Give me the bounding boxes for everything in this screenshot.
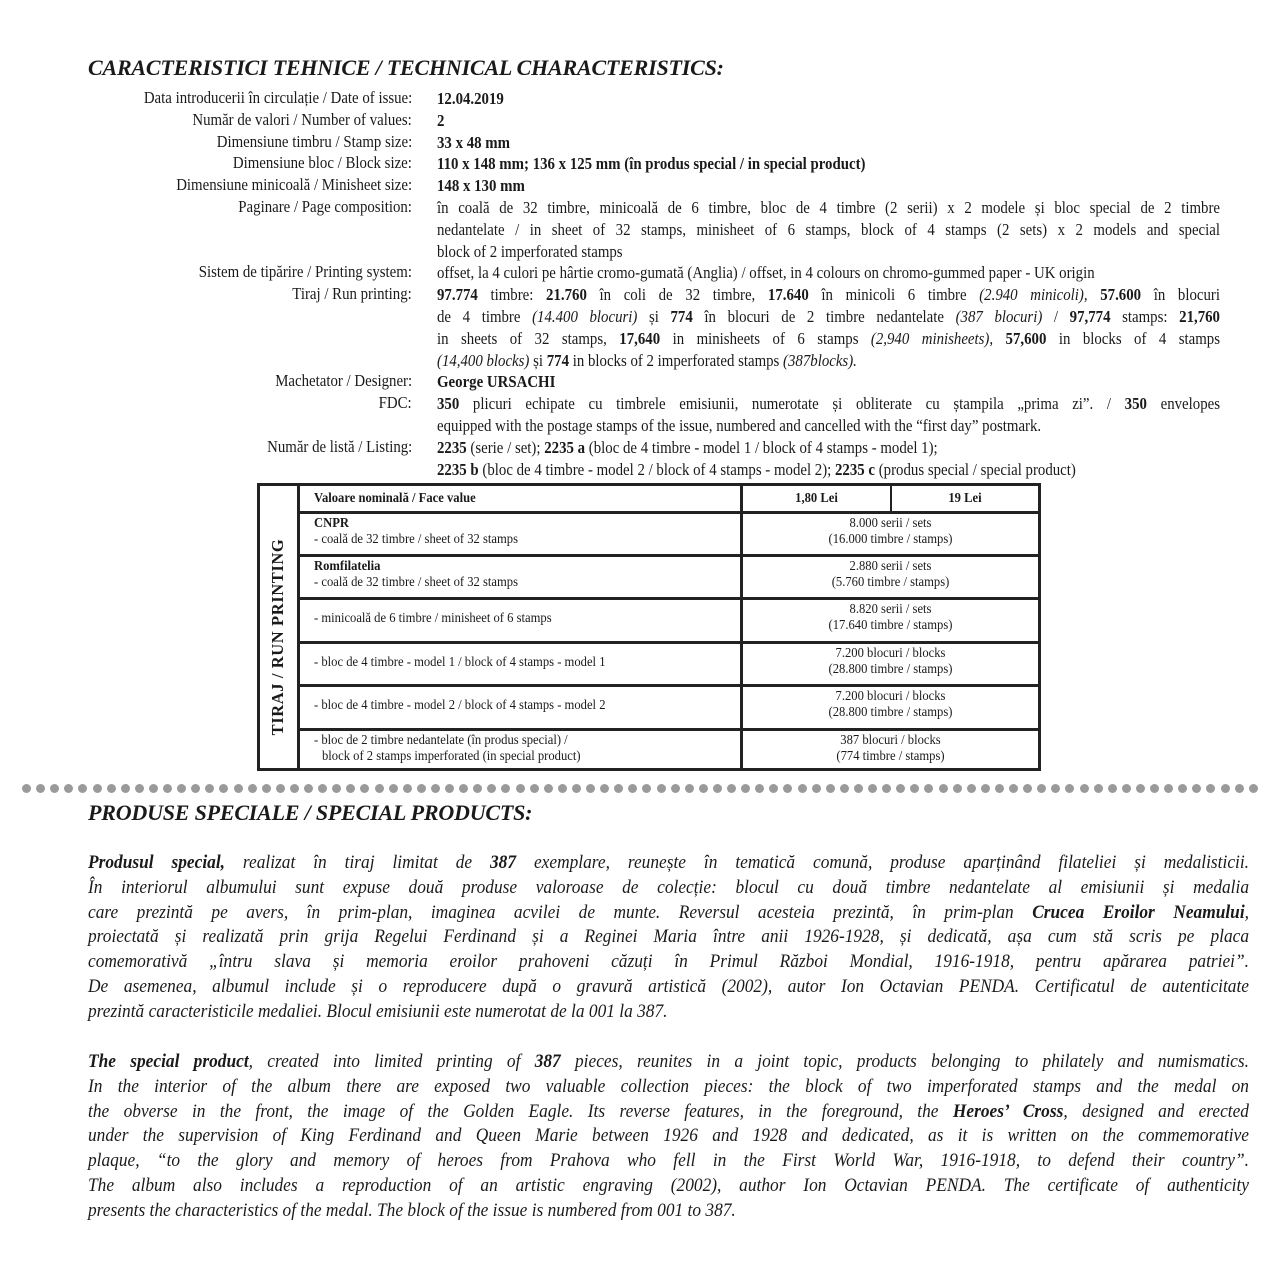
tc-value: 2 bbox=[437, 110, 444, 132]
row-desc: - bloc de 4 timbre - model 2 / block of … bbox=[314, 698, 606, 715]
row-stamps: (5.760 timbre / stamps) bbox=[758, 575, 1024, 592]
separator-dot bbox=[727, 784, 736, 793]
separator-dot bbox=[558, 784, 567, 793]
separator-dot bbox=[741, 784, 750, 793]
separator-dot bbox=[93, 784, 102, 793]
row-desc: - bloc de 4 timbre - model 1 / block of … bbox=[314, 655, 606, 672]
run-printing-side-label: TIRAJ / RUN PRINTING bbox=[268, 517, 288, 757]
separator-dot bbox=[1150, 784, 1159, 793]
separator-dot bbox=[783, 784, 792, 793]
table-rule bbox=[740, 486, 743, 768]
tc-label: Dimensiune minicoală / Minisheet size: bbox=[176, 175, 412, 195]
tc-label: Machetator / Designer: bbox=[275, 371, 412, 391]
separator-dot bbox=[50, 784, 59, 793]
separator-dot bbox=[205, 784, 214, 793]
separator-dot bbox=[107, 784, 116, 793]
separator-dot bbox=[812, 784, 821, 793]
row-desc: - coală de 32 timbre / sheet of 32 stamp… bbox=[314, 532, 518, 549]
paragraph-line: De asemenea, albumul include și o reprod… bbox=[88, 975, 1249, 1000]
face-value-1-80-lei: 1,80 Lei bbox=[750, 491, 882, 508]
table-rule bbox=[297, 486, 300, 768]
row-stamps: (16.000 timbre / stamps) bbox=[758, 532, 1024, 549]
separator-dot bbox=[798, 784, 807, 793]
table-rule bbox=[297, 597, 1038, 600]
row-stamps: (774 timbre / stamps) bbox=[758, 749, 1024, 766]
tc-value: 2235 (serie / set); 2235 a (bloc de 4 ti… bbox=[437, 437, 1220, 481]
table-rule bbox=[297, 511, 1038, 514]
row-stamps: (17.640 timbre / stamps) bbox=[758, 618, 1024, 635]
separator-dot bbox=[614, 784, 623, 793]
separator-dot bbox=[1037, 784, 1046, 793]
tc-label: Dimensiune bloc / Block size: bbox=[233, 153, 412, 173]
face-value-header: Valoare nominală / Face value bbox=[314, 491, 476, 508]
separator-dot bbox=[671, 784, 680, 793]
tc-label: Paginare / Page composition: bbox=[238, 197, 412, 217]
row-desc: - minicoală de 6 timbre / minisheet of 6… bbox=[314, 611, 552, 628]
table-rule bbox=[890, 486, 892, 512]
separator-dot bbox=[572, 784, 581, 793]
table-rule bbox=[297, 641, 1038, 644]
separator-dot bbox=[826, 784, 835, 793]
separator-dot bbox=[1094, 784, 1103, 793]
separator-dot bbox=[318, 784, 327, 793]
row-desc-2: block of 2 stamps imperforated (in speci… bbox=[322, 749, 581, 766]
separator-dot bbox=[346, 784, 355, 793]
tc-value: 33 x 48 mm bbox=[437, 132, 510, 154]
separator-dot bbox=[854, 784, 863, 793]
separator-dot bbox=[262, 784, 271, 793]
separator-dot bbox=[628, 784, 637, 793]
row-title: CNPR bbox=[314, 516, 349, 533]
paragraph-line: plaque, “to the glory and memory of hero… bbox=[88, 1149, 1249, 1174]
separator-dot bbox=[1221, 784, 1230, 793]
separator-dot bbox=[530, 784, 539, 793]
table-rule bbox=[297, 728, 1038, 731]
tc-label: Dimensiune timbru / Stamp size: bbox=[216, 132, 412, 152]
face-value-19-lei: 19 Lei bbox=[899, 491, 1030, 508]
tc-value: în coală de 32 timbre, minicoală de 6 ti… bbox=[437, 197, 1220, 262]
separator-dot bbox=[699, 784, 708, 793]
separator-dot bbox=[896, 784, 905, 793]
separator-dot bbox=[501, 784, 510, 793]
separator-dot bbox=[685, 784, 694, 793]
separator-dot bbox=[234, 784, 243, 793]
separator-dot bbox=[882, 784, 891, 793]
separator-dot bbox=[1178, 784, 1187, 793]
separator-dot bbox=[36, 784, 45, 793]
paragraph-line: comemorativă „întru slava și memoria ero… bbox=[88, 950, 1249, 975]
separator-dot bbox=[487, 784, 496, 793]
row-quantity: 2.880 serii / sets bbox=[758, 559, 1024, 576]
special-product-paragraph-ro: Produsul special, realizat în tiraj limi… bbox=[88, 851, 1249, 1025]
separator-dot bbox=[191, 784, 200, 793]
row-quantity: 7.200 blocuri / blocks bbox=[758, 646, 1024, 663]
tc-label: Număr de listă / Listing: bbox=[267, 437, 412, 457]
row-title: Romfilatelia bbox=[314, 559, 380, 576]
paragraph-line: The special product, created into limite… bbox=[88, 1050, 1249, 1075]
separator-dot bbox=[1051, 784, 1060, 793]
separator-dot bbox=[544, 784, 553, 793]
paragraph-line: prezintă caracteristicile medaliei. Bloc… bbox=[88, 1000, 1249, 1025]
separator-dot bbox=[1065, 784, 1074, 793]
tc-value: 12.04.2019 bbox=[437, 88, 504, 110]
separator-dot bbox=[417, 784, 426, 793]
paragraph-line: In the interior of the album there are e… bbox=[88, 1075, 1249, 1100]
separator-dot bbox=[713, 784, 722, 793]
row-quantity: 7.200 blocuri / blocks bbox=[758, 689, 1024, 706]
separator-dot bbox=[149, 784, 158, 793]
tc-value: 97.774 timbre: 21.760 în coli de 32 timb… bbox=[437, 284, 1220, 371]
separator-dot bbox=[924, 784, 933, 793]
separator-dot bbox=[445, 784, 454, 793]
separator-dot bbox=[1023, 784, 1032, 793]
separator-dot bbox=[1192, 784, 1201, 793]
tc-label: Tiraj / Run printing: bbox=[292, 284, 412, 304]
separator-dot bbox=[1009, 784, 1018, 793]
separator-dot bbox=[121, 784, 130, 793]
separator-dot bbox=[276, 784, 285, 793]
separator-dot bbox=[290, 784, 299, 793]
separator-dot bbox=[1164, 784, 1173, 793]
separator-dot bbox=[64, 784, 73, 793]
separator-dot bbox=[516, 784, 525, 793]
separator-dot bbox=[360, 784, 369, 793]
separator-dot bbox=[304, 784, 313, 793]
separator-dot bbox=[163, 784, 172, 793]
tc-label: Număr de valori / Number of values: bbox=[193, 110, 412, 130]
separator-dot bbox=[22, 784, 31, 793]
tc-label: FDC: bbox=[379, 393, 412, 413]
paragraph-line: Produsul special, realizat în tiraj limi… bbox=[88, 851, 1249, 876]
row-desc: - bloc de 2 timbre nedantelate (în produ… bbox=[314, 733, 568, 750]
separator-dot bbox=[967, 784, 976, 793]
row-stamps: (28.800 timbre / stamps) bbox=[758, 705, 1024, 722]
paragraph-line: proiectată și realizată prin grija Regel… bbox=[88, 925, 1249, 950]
separator-dot bbox=[135, 784, 144, 793]
separator-dot bbox=[995, 784, 1004, 793]
special-product-paragraph-en: The special product, created into limite… bbox=[88, 1050, 1249, 1224]
separator-dot bbox=[1206, 784, 1215, 793]
separator-dot bbox=[332, 784, 341, 793]
separator-dot bbox=[78, 784, 87, 793]
table-rule bbox=[297, 684, 1038, 687]
run-printing-table: TIRAJ / RUN PRINTING Valoare nominală / … bbox=[257, 483, 1041, 771]
tc-label: Sistem de tipărire / Printing system: bbox=[199, 262, 412, 282]
row-quantity: 8.820 serii / sets bbox=[758, 602, 1024, 619]
tc-value: George URSACHI bbox=[437, 371, 555, 393]
tc-value: 110 x 148 mm; 136 x 125 mm (în produs sp… bbox=[437, 153, 865, 175]
separator-dot bbox=[1122, 784, 1131, 793]
separator-dot bbox=[953, 784, 962, 793]
separator-dot bbox=[375, 784, 384, 793]
separator-dot bbox=[939, 784, 948, 793]
separator-dot bbox=[755, 784, 764, 793]
separator-dot bbox=[248, 784, 257, 793]
tc-label: Data introducerii în circulație / Date o… bbox=[144, 88, 412, 108]
separator-dot bbox=[1235, 784, 1244, 793]
separator-dot bbox=[600, 784, 609, 793]
separator-dot bbox=[840, 784, 849, 793]
separator-dot bbox=[389, 784, 398, 793]
row-desc: - coală de 32 timbre / sheet of 32 stamp… bbox=[314, 575, 518, 592]
row-quantity: 8.000 serii / sets bbox=[758, 516, 1024, 533]
separator-dot bbox=[981, 784, 990, 793]
separator-dot bbox=[431, 784, 440, 793]
separator-dot bbox=[910, 784, 919, 793]
paragraph-line: care prezintă pe avers, în prim-plan, im… bbox=[88, 901, 1249, 926]
tc-value: 350 plicuri echipate cu timbrele emisiun… bbox=[437, 393, 1220, 437]
separator-dot bbox=[586, 784, 595, 793]
separator-dot bbox=[403, 784, 412, 793]
row-quantity: 387 blocuri / blocks bbox=[758, 733, 1024, 750]
special-products-heading: PRODUSE SPECIALE / SPECIAL PRODUCTS: bbox=[88, 800, 532, 826]
separator-dot bbox=[657, 784, 666, 793]
paragraph-line: presents the characteristics of the meda… bbox=[88, 1199, 1249, 1224]
paragraph-line: În interiorul albumului sunt expuse două… bbox=[88, 876, 1249, 901]
separator-dot bbox=[642, 784, 651, 793]
separator-dot bbox=[769, 784, 778, 793]
dotted-separator bbox=[18, 783, 1268, 795]
tc-value: offset, la 4 culori pe hârtie cromo-guma… bbox=[437, 262, 1095, 284]
paragraph-line: the obverse in the front, the image of t… bbox=[88, 1100, 1249, 1125]
technical-heading: CARACTERISTICI TEHNICE / TECHNICAL CHARA… bbox=[88, 55, 724, 81]
table-rule bbox=[297, 554, 1038, 557]
separator-dot bbox=[1136, 784, 1145, 793]
separator-dot bbox=[177, 784, 186, 793]
separator-dot bbox=[219, 784, 228, 793]
separator-dot bbox=[868, 784, 877, 793]
separator-dot bbox=[473, 784, 482, 793]
paragraph-line: under the supervision of King Ferdinand … bbox=[88, 1124, 1249, 1149]
separator-dot bbox=[459, 784, 468, 793]
separator-dot bbox=[1249, 784, 1258, 793]
separator-dot bbox=[1108, 784, 1117, 793]
row-stamps: (28.800 timbre / stamps) bbox=[758, 662, 1024, 679]
paragraph-line: The album also includes a reproduction o… bbox=[88, 1174, 1249, 1199]
separator-dot bbox=[1080, 784, 1089, 793]
tc-value: 148 x 130 mm bbox=[437, 175, 525, 197]
